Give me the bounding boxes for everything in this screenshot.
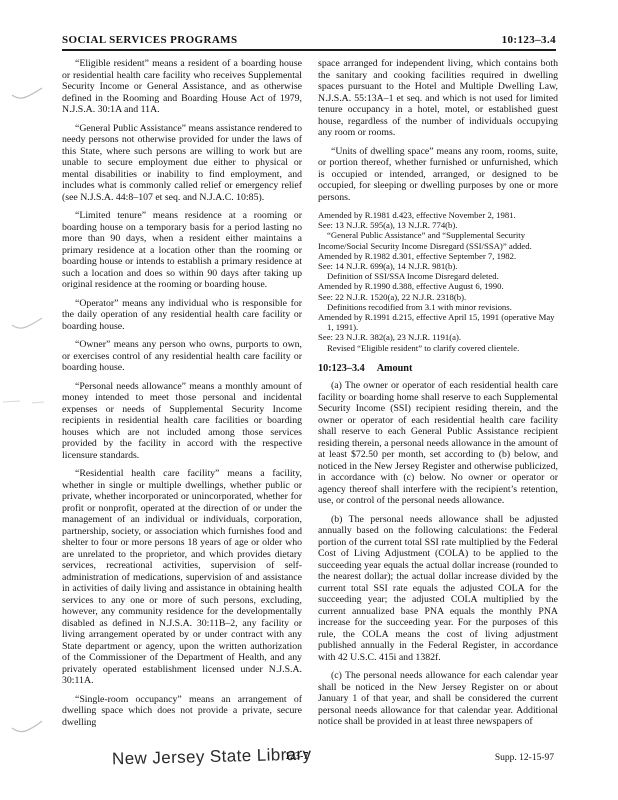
definition-paragraph: “General Public Assistance” means assist… bbox=[62, 123, 302, 204]
definition-paragraph: “Units of dwelling space” means any room… bbox=[318, 146, 558, 204]
running-head-title: SOCIAL SERVICES PROGRAMS bbox=[62, 34, 237, 46]
left-column: “Eligible resident” means a resident of … bbox=[62, 58, 302, 735]
section-heading: 10:123–3.4Amount bbox=[318, 363, 558, 375]
definition-paragraph: “Personal needs allowance” means a month… bbox=[62, 381, 302, 462]
definition-paragraph: “Single-room occupancy” means an arrange… bbox=[62, 694, 302, 729]
pen-mark bbox=[10, 718, 44, 736]
section-number: 10:123–3.4 bbox=[318, 363, 365, 374]
running-head: SOCIAL SERVICES PROGRAMS 10:123–3.4 bbox=[62, 34, 556, 46]
definition-paragraph: “Operator” means any individual who is r… bbox=[62, 298, 302, 333]
section-title: Amount bbox=[377, 363, 413, 374]
page-number: 123-7 bbox=[285, 751, 308, 762]
continuation-paragraph: space arranged for independent living, w… bbox=[318, 58, 558, 139]
history-line: Amended by R.1982 d.301, effective Septe… bbox=[318, 251, 558, 261]
history-line: Definitions recodified from 3.1 with min… bbox=[318, 302, 558, 312]
pen-mark bbox=[10, 316, 44, 332]
history-line: Revised “Eligible resident” to clarify c… bbox=[318, 343, 558, 353]
history-line: See: 22 N.J.R. 1520(a), 22 N.J.R. 2318(b… bbox=[318, 292, 558, 302]
library-stamp: New Jersey State Library bbox=[112, 745, 312, 770]
section-paragraph-c: (c) The personal needs allowance for eac… bbox=[318, 670, 558, 728]
history-line: See: 13 N.J.R. 595(a), 13 N.J.R. 774(b). bbox=[318, 220, 558, 230]
history-line: Definition of SSI/SSA Income Disregard d… bbox=[318, 271, 558, 281]
history-line: See: 23 N.J.R. 382(a), 23 N.J.R. 1191(a)… bbox=[318, 332, 558, 342]
pen-mark bbox=[10, 86, 44, 102]
amendment-history: Amended by R.1981 d.423, effective Novem… bbox=[318, 210, 558, 353]
document-page: SOCIAL SERVICES PROGRAMS 10:123–3.4 “Eli… bbox=[0, 0, 618, 800]
section-paragraph-b: (b) The personal needs allowance shall b… bbox=[318, 514, 558, 664]
header-rule bbox=[62, 49, 556, 51]
history-line: “General Public Assistance” and “Supplem… bbox=[318, 230, 558, 250]
history-line: Amended by R.1991 d.215, effective April… bbox=[318, 312, 558, 332]
definition-paragraph: “Eligible resident” means a resident of … bbox=[62, 58, 302, 116]
two-column-text: “Eligible resident” means a resident of … bbox=[62, 58, 558, 735]
pen-mark bbox=[2, 398, 46, 406]
definition-paragraph: “Limited tenure” means residence at a ro… bbox=[62, 210, 302, 291]
definition-paragraph: “Owner” means any person who owns, purpo… bbox=[62, 339, 302, 374]
running-head-citation: 10:123–3.4 bbox=[502, 34, 556, 46]
section-paragraph-a: (a) The owner or operator of each reside… bbox=[318, 380, 558, 507]
supplement-date: Supp. 12-15-97 bbox=[495, 753, 554, 763]
right-column: space arranged for independent living, w… bbox=[318, 58, 558, 735]
history-line: Amended by R.1990 d.388, effective Augus… bbox=[318, 281, 558, 291]
history-line: See: 14 N.J.R. 699(a), 14 N.J.R. 981(b). bbox=[318, 261, 558, 271]
history-line: Amended by R.1981 d.423, effective Novem… bbox=[318, 210, 558, 220]
definition-paragraph: “Residential health care facility” means… bbox=[62, 468, 302, 687]
